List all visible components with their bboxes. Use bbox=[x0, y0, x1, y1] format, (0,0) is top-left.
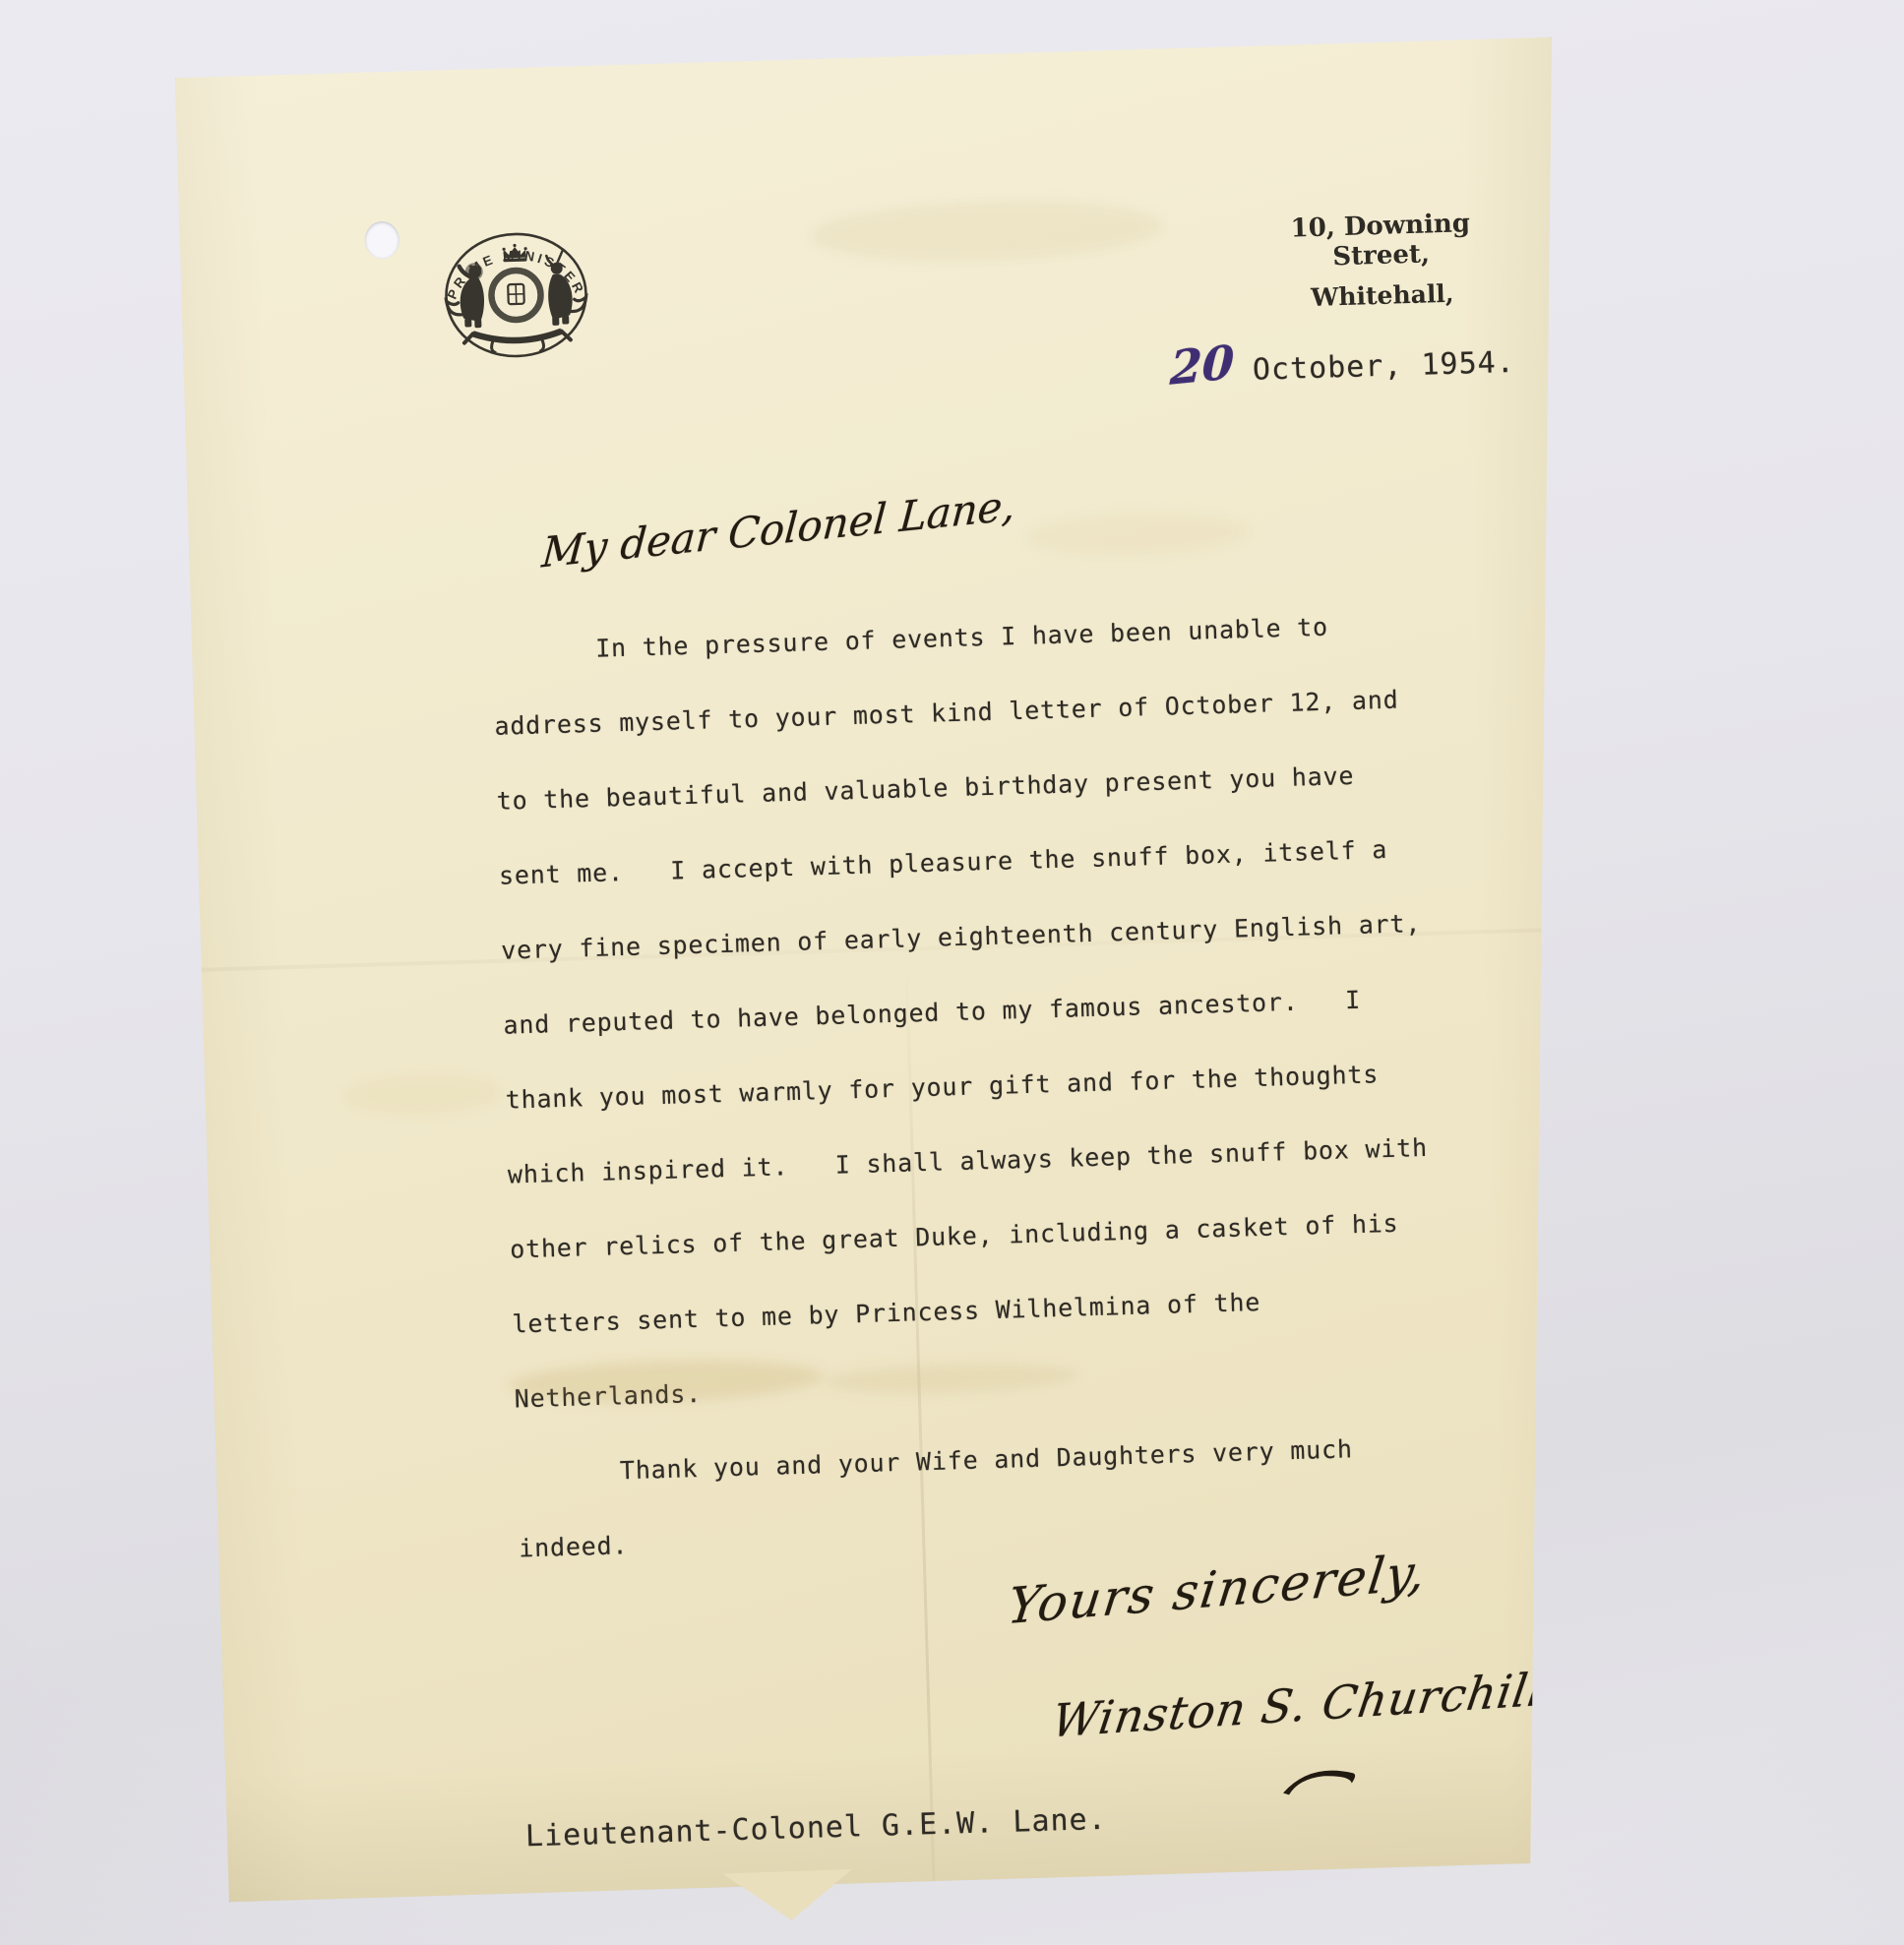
salutation-handwritten: My dear Colonel Lane, bbox=[540, 481, 1017, 577]
letterhead-address: 10, Downing Street, Whitehall, bbox=[1237, 208, 1525, 315]
signature-flourish-icon bbox=[1280, 1757, 1362, 1800]
photo-background: PRIME MINISTER bbox=[0, 0, 1904, 1945]
prime-minister-crest-icon: PRIME MINISTER bbox=[420, 208, 612, 379]
letter-body: In the pressure of events I have been un… bbox=[492, 608, 1514, 1610]
typed-date: October, 1954. bbox=[1252, 345, 1515, 388]
date-line: 20 October, 1954. bbox=[1169, 330, 1515, 394]
stain bbox=[1024, 509, 1252, 561]
motto-scroll-icon bbox=[464, 331, 572, 353]
stain bbox=[809, 196, 1165, 266]
letter-paper: PRIME MINISTER bbox=[175, 37, 1606, 1903]
garter-shield-icon bbox=[491, 270, 541, 320]
address-line-1: 10, Downing Street, bbox=[1237, 208, 1524, 275]
paper-bottom-notch bbox=[722, 1869, 854, 1923]
signature-winston-churchill: Winston S. Churchill bbox=[1049, 1663, 1548, 1748]
address-line-2: Whitehall, bbox=[1240, 277, 1526, 315]
crown-icon bbox=[502, 244, 527, 263]
handwritten-day: 20 bbox=[1169, 335, 1235, 396]
punch-hole bbox=[364, 220, 399, 259]
stain bbox=[342, 1072, 501, 1117]
recipient-line: Lieutenant-Colonel G.E.W. Lane. bbox=[524, 1802, 1107, 1854]
